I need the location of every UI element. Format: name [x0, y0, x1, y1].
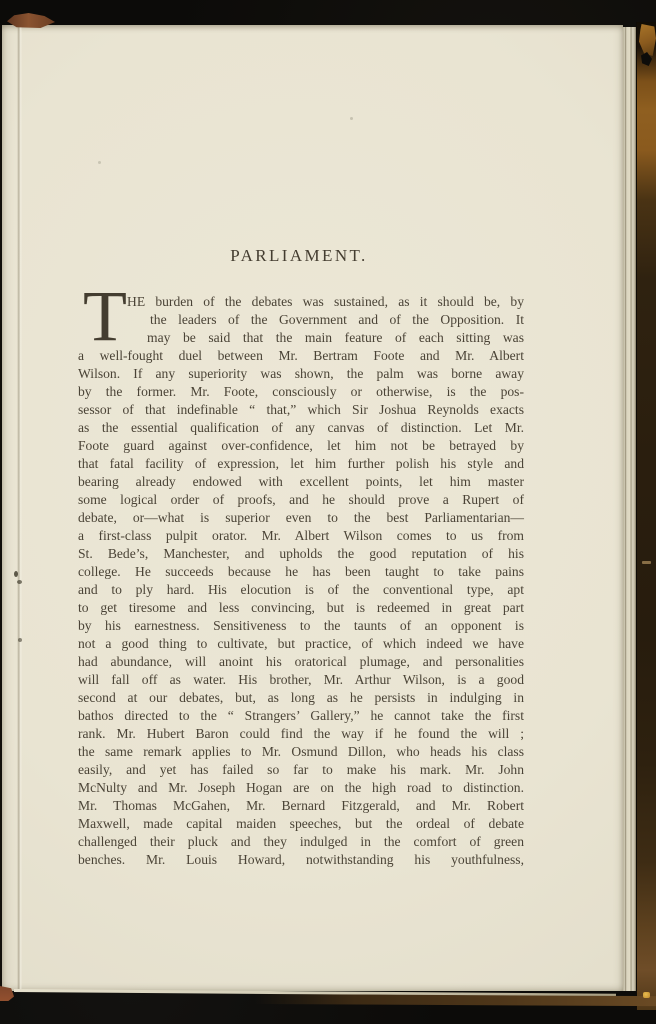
ink-speck — [14, 571, 18, 577]
text-line-14: a first-class pulpit orator. Mr. Albert … — [78, 527, 524, 545]
text-line-23: second at our debates, but, as long as h… — [78, 689, 524, 707]
ink-speck — [18, 638, 22, 642]
text-line-5: Wilson. If any superiority was shown, th… — [78, 365, 524, 383]
text-line-18: to get tiresome and less convincing, but… — [78, 599, 524, 617]
ink-speck — [17, 580, 22, 584]
text-line-16: college. He succeeds because he has been… — [78, 563, 524, 581]
bottom-cover-strip — [255, 994, 656, 1006]
text-line-22: will fall off as water. His brother, Mr.… — [78, 671, 524, 689]
text-line-21: had abundance, will anoint his oratorica… — [78, 653, 524, 671]
text-line-10: that fatal facility of expression, let h… — [78, 455, 524, 473]
text-line-29: Mr. Thomas McGahen, Mr. Bernard Fitzgera… — [78, 797, 524, 815]
text-line-1: HE burden of the debates was sustained, … — [78, 293, 524, 311]
text-line-30: Maxwell, made capital maiden speeches, b… — [78, 815, 524, 833]
text-line-20: not a good thing to cultivate, but pract… — [78, 635, 524, 653]
foxing-dot — [98, 161, 101, 164]
foxing-dot — [350, 117, 353, 120]
book-photo-scene: PARLIAMENT. T HE burden of the debates w… — [0, 0, 656, 1024]
text-line-27: easily, and yet has failed so far to mak… — [78, 761, 524, 779]
text-line-19: by his earnestness. Sensitiveness to the… — [78, 617, 524, 635]
text-line-3: may be said that the main feature of eac… — [78, 329, 524, 347]
text-line-15: St. Bede’s, Manchester, and upholds the … — [78, 545, 524, 563]
text-line-12: some logical order of proofs, and he sho… — [78, 491, 524, 509]
text-line-7: sessor of that indefinable “ that,” whic… — [78, 401, 524, 419]
text-line-25: rank. Mr. Hubert Baron could find the wa… — [78, 725, 524, 743]
text-line-8: as the essential qualification of any ca… — [78, 419, 524, 437]
text-line-24: bathos directed to the “ Strangers’ Gall… — [78, 707, 524, 725]
page-title: PARLIAMENT. — [76, 246, 522, 266]
body-text: HE burden of the debates was sustained, … — [78, 293, 524, 869]
text-line-26: the same remark applies to Mr. Osmund Di… — [78, 743, 524, 761]
text-line-31: challenged their pluck and they indulged… — [78, 833, 524, 851]
gilt-speck — [643, 992, 650, 998]
text-column: T HE burden of the debates was sustained… — [78, 293, 524, 869]
drop-cap: T — [83, 280, 127, 352]
text-line-4: a well-fought duel between Mr. Bertram F… — [78, 347, 524, 365]
text-line-2: the leaders of the Government and of the… — [78, 311, 524, 329]
page-fold-crease — [17, 27, 22, 989]
book-page: PARLIAMENT. T HE burden of the debates w… — [2, 25, 623, 991]
text-line-9: Foote guard against over-confidence, let… — [78, 437, 524, 455]
text-line-28: McNulty and Mr. Joseph Hogan are on the … — [78, 779, 524, 797]
text-line-13: debate, or—what is superior even to the … — [78, 509, 524, 527]
page-edge-stack — [623, 27, 636, 991]
cover-scratch — [642, 561, 651, 564]
text-line-32: benches. Mr. Louis Howard, notwithstandi… — [78, 851, 524, 869]
text-line-6: by the former. Mr. Foote, consciously or… — [78, 383, 524, 401]
text-line-17: and to ply hard. His elocution is of the… — [78, 581, 524, 599]
book-cover-edge — [636, 22, 656, 1010]
text-line-11: bearing already endowed with excellent p… — [78, 473, 524, 491]
